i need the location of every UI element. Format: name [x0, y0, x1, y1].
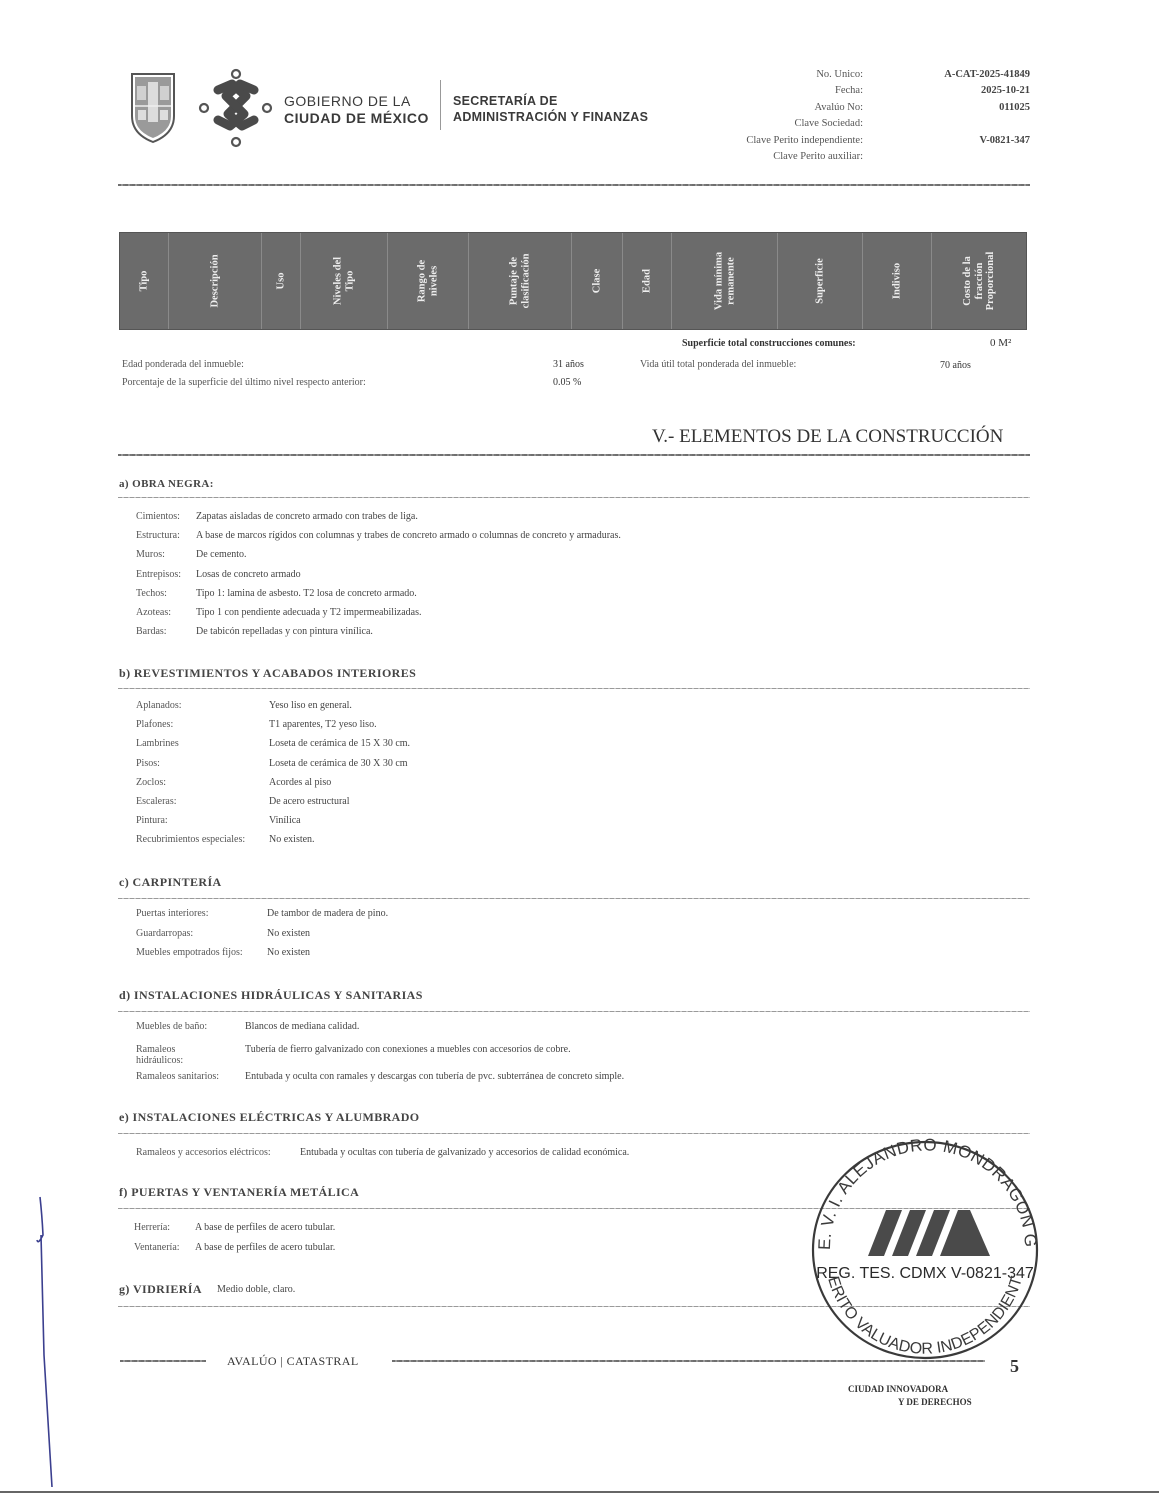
- field-value: Loseta de cerámica de 15 X 30 cm.: [269, 738, 410, 749]
- field-value: De tabicón repelladas y con pintura viní…: [196, 626, 373, 637]
- column-header-superficie: Superficie: [778, 233, 863, 329]
- subsection-obra-negra-title: a) OBRA NEGRA:: [119, 478, 214, 490]
- total-superficie-value: 0 M²: [990, 337, 1011, 349]
- field-label: Guardarropas:: [136, 928, 193, 939]
- field-label: Lambrines: [136, 738, 179, 749]
- field-label: Pisos:: [136, 758, 160, 769]
- construcciones-comunes-table-header: Tipo Descripción Uso Niveles del Tipo Ra…: [119, 232, 1027, 330]
- column-header-puntaje-de-clasificacion: Puntaje de clasificación: [469, 233, 572, 329]
- subsection-puertas-ventaneria-title: f) PUERTAS Y VENTANERÍA METÁLICA: [119, 1185, 359, 1200]
- edad-ponderada-value: 31 años: [553, 359, 584, 370]
- field-label: Azoteas:: [136, 607, 171, 618]
- field-value: Zapatas aisladas de concreto armado con …: [196, 511, 418, 522]
- field-value: A base de perfiles de acero tubular.: [195, 1242, 335, 1253]
- slogan-line-2: Y DE DERECHOS: [898, 1397, 972, 1407]
- subsection-instalaciones-electricas-title: e) INSTALACIONES ELÉCTRICAS Y ALUMBRADO: [119, 1110, 420, 1125]
- field-value: A base de perfiles de acero tubular.: [195, 1222, 335, 1233]
- vidrieria-value: Medio doble, claro.: [217, 1284, 295, 1295]
- secretaria-name: SECRETARÍA DE ADMINISTRACIÓN Y FINANZAS: [453, 93, 648, 125]
- vida-util-value: 70 años: [940, 360, 971, 371]
- field-label: Ramaleos y accesorios eléctricos:: [136, 1147, 271, 1158]
- field-label: Zoclos:: [136, 777, 166, 788]
- field-value: Losas de concreto armado: [196, 569, 301, 580]
- field-value: No existen: [267, 928, 310, 939]
- subsection-instalaciones-hidraulicas-title: d) INSTALACIONES HIDRÁULICAS Y SANITARIA…: [119, 988, 423, 1003]
- field-label: Estructura:: [136, 530, 180, 541]
- field-label: Entrepisos:: [136, 569, 181, 580]
- field-value: Loseta de cerámica de 30 X 30 cm: [269, 758, 408, 769]
- column-header-clase: Clase: [572, 233, 623, 329]
- field-label: Plafones:: [136, 719, 173, 730]
- stamp-roof-icon: [868, 1210, 990, 1256]
- subsection-vidrieria-title: g) VIDRIERÍA: [119, 1282, 202, 1297]
- cdmx-shield-logo-icon: [130, 72, 176, 144]
- scan-bottom-edge: [0, 1491, 1159, 1493]
- porcentaje-superficie-label: Porcentaje de la superficie del último n…: [122, 377, 366, 388]
- field-value: Vinílica: [269, 815, 301, 826]
- field-value: Entubada y ocultas con tubería de galvan…: [300, 1147, 629, 1158]
- field-value: Entubada y oculta con ramales y descarga…: [245, 1071, 624, 1082]
- column-header-descripcion: Descripción: [169, 233, 262, 329]
- stamp-top-text: ARQ. E. V. I. ALEJANDRO MONDRAGON GOMEZ: [800, 1128, 1040, 1250]
- field-value: De acero estructural: [269, 796, 350, 807]
- section-title-rule: [118, 454, 1030, 456]
- column-header-rango-de-niveles: Rango de niveles: [388, 233, 469, 329]
- field-label: Pintura:: [136, 815, 168, 826]
- field-label: Muebles empotrados fijos:: [136, 947, 243, 958]
- field-label: Herrería:: [134, 1222, 170, 1233]
- field-value: Tipo 1: lamina de asbesto. T2 losa de co…: [196, 588, 417, 599]
- field-value: Acordes al piso: [269, 777, 331, 788]
- field-value: A base de marcos rígidos con columnas y …: [196, 530, 621, 541]
- porcentaje-superficie-value: 0.05 %: [553, 377, 581, 388]
- field-label: Puertas interiores:: [136, 908, 208, 919]
- field-label: Aplanados:: [136, 700, 182, 711]
- field-label: Muros:: [136, 549, 165, 560]
- column-header-uso: Uso: [262, 233, 301, 329]
- footer-label: AVALÚO | CATASTRAL: [227, 1354, 359, 1369]
- field-value: De tambor de madera de pino.: [267, 908, 388, 919]
- gov-line-2: CIUDAD DE MÉXICO: [284, 110, 429, 127]
- header-rule: [118, 184, 1030, 186]
- field-label: Recubrimientos especiales:: [136, 834, 245, 845]
- footer-rule-right: [392, 1360, 985, 1362]
- total-superficie-label: Superficie total construcciones comunes:: [682, 338, 856, 349]
- meta-row-no-unico: No. Unico: A-CAT-2025-41849: [700, 66, 1030, 83]
- gov-line-1: GOBIERNO DE LA: [284, 93, 429, 110]
- document-metadata: No. Unico: A-CAT-2025-41849 Fecha: 2025-…: [700, 66, 1030, 165]
- meta-row-fecha: Fecha: 2025-10-21: [700, 83, 1030, 100]
- edad-ponderada-label: Edad ponderada del inmueble:: [122, 359, 244, 370]
- slogan-line-1: CIUDAD INNOVADORA: [848, 1384, 948, 1394]
- field-label: Bardas:: [136, 626, 167, 637]
- field-value: T1 aparentes, T2 yeso liso.: [269, 719, 377, 730]
- field-label: Ramaleos hidráulicos:: [136, 1044, 183, 1066]
- secretaria-line-2: ADMINISTRACIÓN Y FINANZAS: [453, 109, 648, 125]
- stamp-reg-text: REG. TES. CDMX V-0821-347: [816, 1265, 1034, 1282]
- field-value: Blancos de mediana calidad.: [245, 1021, 359, 1032]
- field-value: No existen.: [269, 834, 315, 845]
- cdmx-knot-logo-icon: [198, 68, 273, 148]
- field-value: Tipo 1 con pendiente adecuada y T2 imper…: [196, 607, 422, 618]
- meta-row-clave-perito-auxiliar: Clave Perito auxiliar:: [700, 149, 1030, 166]
- column-header-tipo: Tipo: [120, 233, 169, 329]
- meta-row-avaluo-no: Avalúo No: 011025: [700, 99, 1030, 116]
- subsection-revestimientos-title: b) REVESTIMIENTOS Y ACABADOS INTERIORES: [119, 666, 416, 681]
- field-label: Ramaleos sanitarios:: [136, 1071, 219, 1082]
- column-header-indiviso: Indiviso: [863, 233, 932, 329]
- perito-valuador-stamp: ARQ. E. V. I. ALEJANDRO MONDRAGON GOMEZ …: [800, 1128, 1045, 1368]
- header-separator: [440, 80, 441, 130]
- pen-stroke-mark: [30, 1195, 60, 1495]
- field-label: Ventanería:: [134, 1242, 180, 1253]
- column-header-niveles-del-tipo: Niveles del Tipo: [301, 233, 388, 329]
- field-value: No existen: [267, 947, 310, 958]
- column-header-costo-fraccion-proporcional: Costo de la fracción Proporcional: [932, 233, 1026, 329]
- section-title: V.- ELEMENTOS DE LA CONSTRUCCIÓN: [652, 426, 1003, 448]
- meta-row-clave-sociedad: Clave Sociedad:: [700, 116, 1030, 133]
- footer-rule-left: [120, 1360, 206, 1362]
- field-value: Tubería de fierro galvanizado con conexi…: [245, 1044, 571, 1055]
- secretaria-line-1: SECRETARÍA DE: [453, 93, 648, 109]
- meta-row-clave-perito-independiente: Clave Perito independiente: V-0821-347: [700, 132, 1030, 149]
- field-label: Muebles de baño:: [136, 1021, 207, 1032]
- column-header-vida-minima-remanente: Vida mínima remanente: [672, 233, 778, 329]
- vida-util-label: Vida útil total ponderada del inmueble:: [640, 359, 796, 370]
- field-value: De cemento.: [196, 549, 247, 560]
- subsection-rule: [118, 1011, 1030, 1012]
- field-label: Techos:: [136, 588, 167, 599]
- field-label: Escaleras:: [136, 796, 177, 807]
- subsection-rule: [118, 688, 1030, 689]
- field-label: Cimientos:: [136, 511, 180, 522]
- subsection-carpinteria-title: c) CARPINTERÍA: [119, 875, 222, 890]
- subsection-rule: [118, 497, 1030, 498]
- column-header-edad: Edad: [623, 233, 672, 329]
- field-value: Yeso liso en general.: [269, 700, 352, 711]
- government-name: GOBIERNO DE LA CIUDAD DE MÉXICO: [284, 93, 429, 127]
- svg-text:ARQ. E. V. I. ALEJANDRO MONDRA: ARQ. E. V. I. ALEJANDRO MONDRAGON GOMEZ: [800, 1128, 1040, 1250]
- subsection-rule: [118, 898, 1030, 899]
- page-number: 5: [1010, 1356, 1019, 1377]
